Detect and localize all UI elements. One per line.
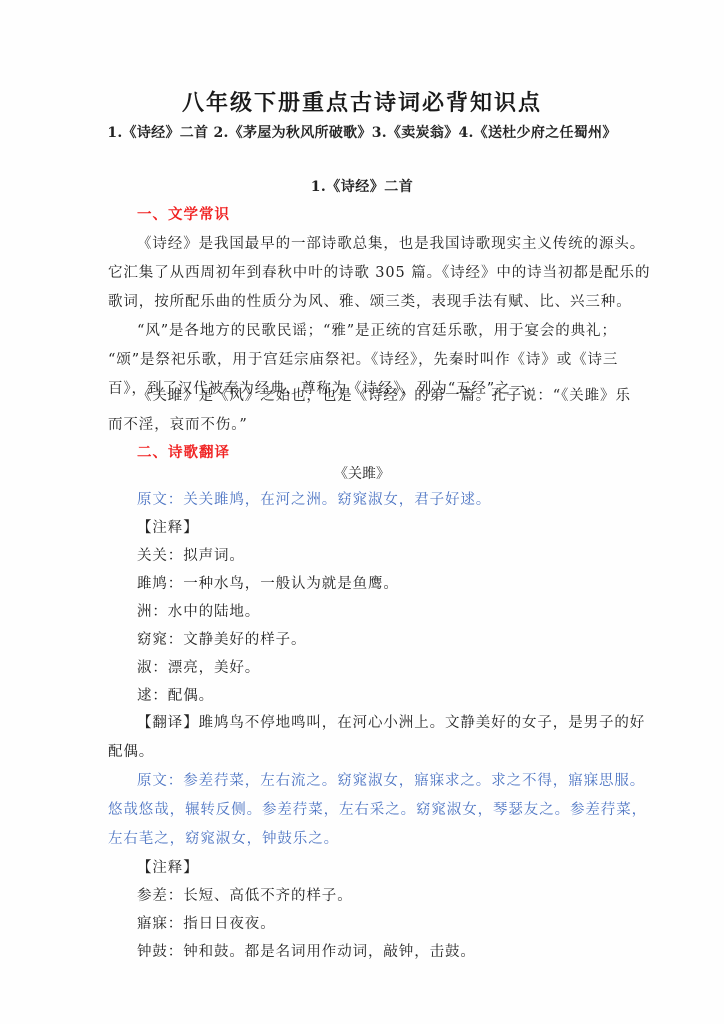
document-title: 八年级下册重点古诗词必背知识点 — [0, 86, 724, 117]
note-item: 寤寐：指日日夜夜。 — [137, 914, 276, 934]
original-text: 原文：关关雎鸠，在河之洲。窈窕淑女，君子好逑。 — [137, 490, 491, 510]
note-item: 窈窕：文静美好的样子。 — [137, 630, 306, 650]
paragraph-line: 《关雎》是《风》之始也，也是《诗经》的第一篇。孔子说：“《关雎》乐 — [137, 386, 631, 406]
translation-line: 【翻译】雎鸠鸟不停地鸣叫，在河心小洲上。文静美好的女子，是男子的好 — [137, 713, 645, 733]
document-page: 八年级下册重点古诗词必背知识点 1.《诗经》二首 2.《茅屋为秋风所破歌》3.《… — [0, 0, 724, 1024]
original-text: 原文：参差荇菜，左右流之。窈窕淑女，寤寐求之。求之不得，寤寐思服。 — [137, 771, 645, 791]
paragraph-line: 而不淫，哀而不伤。” — [108, 415, 248, 435]
note-item: 逑：配偶。 — [137, 686, 214, 706]
note-item: 参差：长短、高低不齐的样子。 — [137, 886, 353, 906]
notes-label: 【注释】 — [137, 858, 199, 878]
heading-literary-knowledge: 一、文学常识 — [137, 203, 230, 224]
section-title: 1.《诗经》二首 — [0, 176, 724, 196]
paragraph-line: 歌词，按所配乐曲的性质分为风、雅、颂三类，表现手法有赋、比、兴三种。 — [108, 292, 632, 312]
translation-line: 配偶。 — [108, 742, 154, 762]
table-of-contents: 1.《诗经》二首 2.《茅屋为秋风所破歌》3.《卖炭翁》4.《送杜少府之任蜀州》 — [0, 122, 724, 142]
heading-poem-translation: 二、诗歌翻译 — [137, 441, 230, 462]
paragraph-line: 它汇集了从西周初年到春秋中叶的诗歌 305 篇。《诗经》中的诗当初都是配乐的 — [108, 263, 650, 283]
original-text: 左右芼之，窈窕淑女，钟鼓乐之。 — [108, 829, 339, 849]
paragraph-line: “风”是各地方的民歌民谣；“雅”是正统的宫廷乐歌，用于宴会的典礼； — [137, 321, 617, 341]
paragraph-line: 《诗经》是我国最早的一部诗歌总集，也是我国诗歌现实主义传统的源头。 — [137, 234, 645, 254]
notes-label: 【注释】 — [137, 518, 199, 538]
note-item: 淑：漂亮，美好。 — [137, 658, 260, 678]
note-item: 雎鸠：一种水鸟，一般认为就是鱼鹰。 — [137, 574, 399, 594]
original-text: 悠哉悠哉，辗转反侧。参差荇菜，左右采之。窈窕淑女，琴瑟友之。参差荇菜， — [108, 800, 647, 820]
note-item: 洲：水中的陆地。 — [137, 602, 260, 622]
paragraph-line: “颂”是祭祀乐歌，用于宫廷宗庙祭祀。《诗经》，先秦时叫作《诗》或《诗三 — [108, 350, 618, 370]
note-item: 钟鼓：钟和鼓。都是名词用作动词，敲钟，击鼓。 — [137, 942, 476, 962]
poem-title: 《关雎》 — [0, 463, 724, 483]
note-item: 关关：拟声词。 — [137, 546, 245, 566]
